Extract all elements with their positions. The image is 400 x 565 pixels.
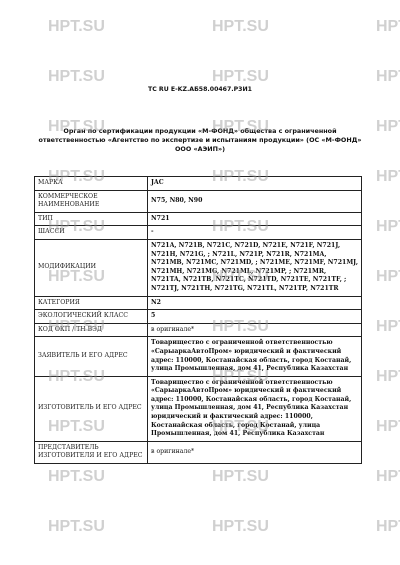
- table-row: КАТЕГОРИЯN2: [35, 296, 362, 310]
- watermark: HPT.SU: [212, 468, 269, 486]
- row-label: КОММЕРЧЕСКОЕ НАИМЕНОВАНИЕ: [35, 190, 148, 212]
- row-value: N75, N80, N90: [148, 190, 362, 212]
- row-label: КАТЕГОРИЯ: [35, 296, 148, 310]
- table-row: МАРКАJAC: [35, 177, 362, 191]
- watermark: HPT.SU: [48, 468, 105, 486]
- row-value: Товарищество с ограниченной ответственно…: [148, 376, 362, 441]
- watermark: HPT.SU: [212, 18, 269, 36]
- watermark: HPT.SU: [376, 318, 400, 336]
- table-row: ПРЕДСТАВИТЕЛЬ ИЗГОТОВИТЕЛЯ И ЕГО АДРЕСв …: [35, 441, 362, 463]
- row-label: КОД ОКП / ТН ВЭД: [35, 323, 148, 337]
- table-row: МОДИФИКАЦИИN721A, N721B, N721C, N721D, N…: [35, 239, 362, 296]
- table-row: ИЗГОТОВИТЕЛЬ И ЕГО АДРЕСТоварищество с о…: [35, 376, 362, 441]
- table-row: КОММЕРЧЕСКОЕ НАИМЕНОВАНИЕN75, N80, N90: [35, 190, 362, 212]
- row-value: в оригинале*: [148, 323, 362, 337]
- document-number: ТС RU E-KZ.АБ58.00467.Р3И1: [0, 86, 400, 93]
- row-label: ПРЕДСТАВИТЕЛЬ ИЗГОТОВИТЕЛЯ И ЕГО АДРЕС: [35, 441, 148, 463]
- watermark: HPT.SU: [376, 418, 400, 436]
- row-value: в оригинале*: [148, 441, 362, 463]
- table-row: ШАССИ-: [35, 226, 362, 240]
- row-value: 5: [148, 310, 362, 324]
- row-label: ИЗГОТОВИТЕЛЬ И ЕГО АДРЕС: [35, 376, 148, 441]
- issuing-body: Орган по сертификации продукции «М-ФОНД»…: [30, 127, 370, 154]
- watermark: HPT.SU: [376, 218, 400, 236]
- row-label: ТИП: [35, 212, 148, 226]
- watermark: HPT.SU: [376, 18, 400, 36]
- specification-table: МАРКАJACКОММЕРЧЕСКОЕ НАИМЕНОВАНИЕN75, N8…: [34, 176, 362, 464]
- row-label: ЗАЯВИТЕЛЬ И ЕГО АДРЕС: [35, 337, 148, 376]
- watermark: HPT.SU: [376, 368, 400, 386]
- watermark: HPT.SU: [212, 518, 269, 536]
- watermark: HPT.SU: [376, 518, 400, 536]
- row-value: N721A, N721B, N721C, N721D, N721E, N721F…: [148, 239, 362, 296]
- table-row: КОД ОКП / ТН ВЭДв оригинале*: [35, 323, 362, 337]
- row-label: ЭКОЛОГИЧЕСКИЙ КЛАСС: [35, 310, 148, 324]
- row-label: МАРКА: [35, 177, 148, 191]
- row-value: Товарищество с ограниченной ответственно…: [148, 337, 362, 376]
- table-row: ТИПN721: [35, 212, 362, 226]
- watermark: HPT.SU: [376, 168, 400, 186]
- watermark: HPT.SU: [48, 518, 105, 536]
- row-label: ШАССИ: [35, 226, 148, 240]
- watermark: HPT.SU: [48, 18, 105, 36]
- table-row: ЭКОЛОГИЧЕСКИЙ КЛАСС5: [35, 310, 362, 324]
- watermark: HPT.SU: [212, 68, 269, 86]
- row-value: N2: [148, 296, 362, 310]
- watermark: HPT.SU: [376, 268, 400, 286]
- watermark: HPT.SU: [48, 68, 105, 86]
- row-label: МОДИФИКАЦИИ: [35, 239, 148, 296]
- row-value: -: [148, 226, 362, 240]
- row-value: JAC: [148, 177, 362, 191]
- row-value: N721: [148, 212, 362, 226]
- table-row: ЗАЯВИТЕЛЬ И ЕГО АДРЕСТоварищество с огра…: [35, 337, 362, 376]
- watermark: HPT.SU: [376, 68, 400, 86]
- watermark: HPT.SU: [376, 468, 400, 486]
- watermark: HPT.SU: [376, 118, 400, 136]
